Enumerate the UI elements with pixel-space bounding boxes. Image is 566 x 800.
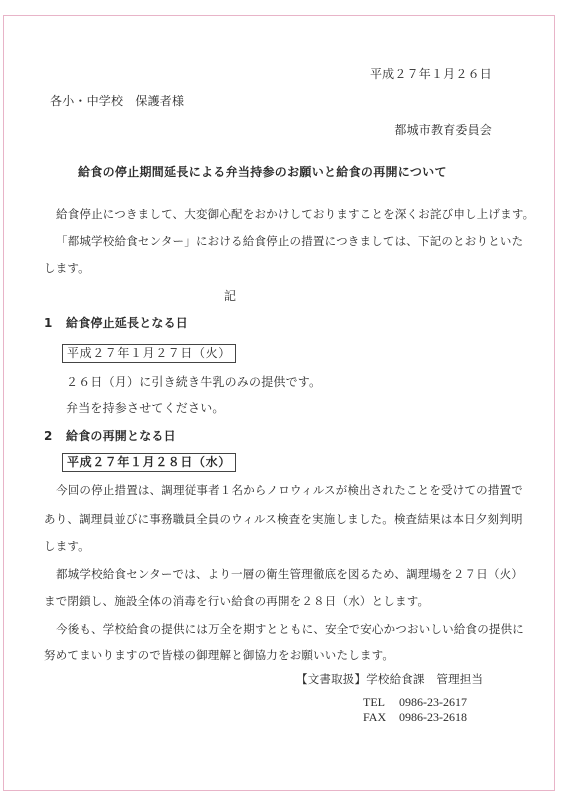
addressee: 各小・中学校 保護者様 xyxy=(50,93,184,109)
fax-label: FAX xyxy=(363,710,399,725)
contact-fax: FAX0986-23-2618 xyxy=(363,710,467,725)
contact-header: 【文書取扱】学校給食課 管理担当 xyxy=(296,671,483,687)
contact-tel: TEL0986-23-2617 xyxy=(363,695,467,710)
sender: 都城市教育委員会 xyxy=(394,122,492,138)
document-date: 平成２７年１月２６日 xyxy=(370,66,492,82)
tel-label: TEL xyxy=(363,695,399,710)
intro-line-2: 「都城学校給食センター」における給食停止の措置につきましては、下記のとおりといた xyxy=(56,233,523,249)
ki-marker: 記 xyxy=(224,288,236,304)
body-line-2: あり、調理員並びに事務職員全員のウィルス検査を実施しました。検査結果は本日夕刻判… xyxy=(44,511,523,527)
intro-line-1: 給食停止につきまして、大変御心配をおかけしておりますことを深くお詫び申し上げます… xyxy=(56,206,534,222)
section-1-title: 給食停止延長となる日 xyxy=(66,316,188,330)
section-2-heading: 2給食の再開となる日 xyxy=(44,428,176,444)
document-title: 給食の停止期間延長による弁当持参のお願いと給食の再開について xyxy=(78,164,447,180)
section-1-heading: 1給食停止延長となる日 xyxy=(44,315,188,331)
section-2-title: 給食の再開となる日 xyxy=(66,429,176,443)
body-line-5: まで閉鎖し、施設全体の消毒を行い給食の再開を２８日（水）とします。 xyxy=(44,593,429,609)
section-1-number: 1 xyxy=(44,315,66,331)
contact-label: 【文書取扱】 xyxy=(296,672,366,686)
body-line-4: 都城学校給食センターでは、より一層の衛生管理徹底を図るため、調理場を２７日（火） xyxy=(56,566,523,582)
section-1-line-1: ２６日（月）に引き続き牛乳のみの提供です。 xyxy=(66,374,321,390)
intro-line-3: します。 xyxy=(44,260,90,276)
body-line-7: 努めてまいりますので皆様の御理解と御協力をお願いいたします。 xyxy=(44,647,394,663)
body-line-6: 今後も、学校給食の提供には万全を期すとともに、安全で安心かつおいしい給食の提供に xyxy=(56,621,524,637)
contact-department: 学校給食課 管理担当 xyxy=(366,672,483,686)
tel-number: 0986-23-2617 xyxy=(399,695,467,709)
section-1-date-box: 平成２７年１月２７日（火） xyxy=(62,344,236,363)
section-1-line-2: 弁当を持参させてください。 xyxy=(66,400,225,416)
section-2-date-box: 平成２７年１月２８日（水） xyxy=(62,453,236,472)
body-line-1: 今回の停止措置は、調理従事者１名からノロウィルスが検出されたことを受けての措置で xyxy=(56,482,523,498)
body-line-3: します。 xyxy=(44,538,90,554)
fax-number: 0986-23-2618 xyxy=(399,710,467,724)
section-2-number: 2 xyxy=(44,428,66,444)
